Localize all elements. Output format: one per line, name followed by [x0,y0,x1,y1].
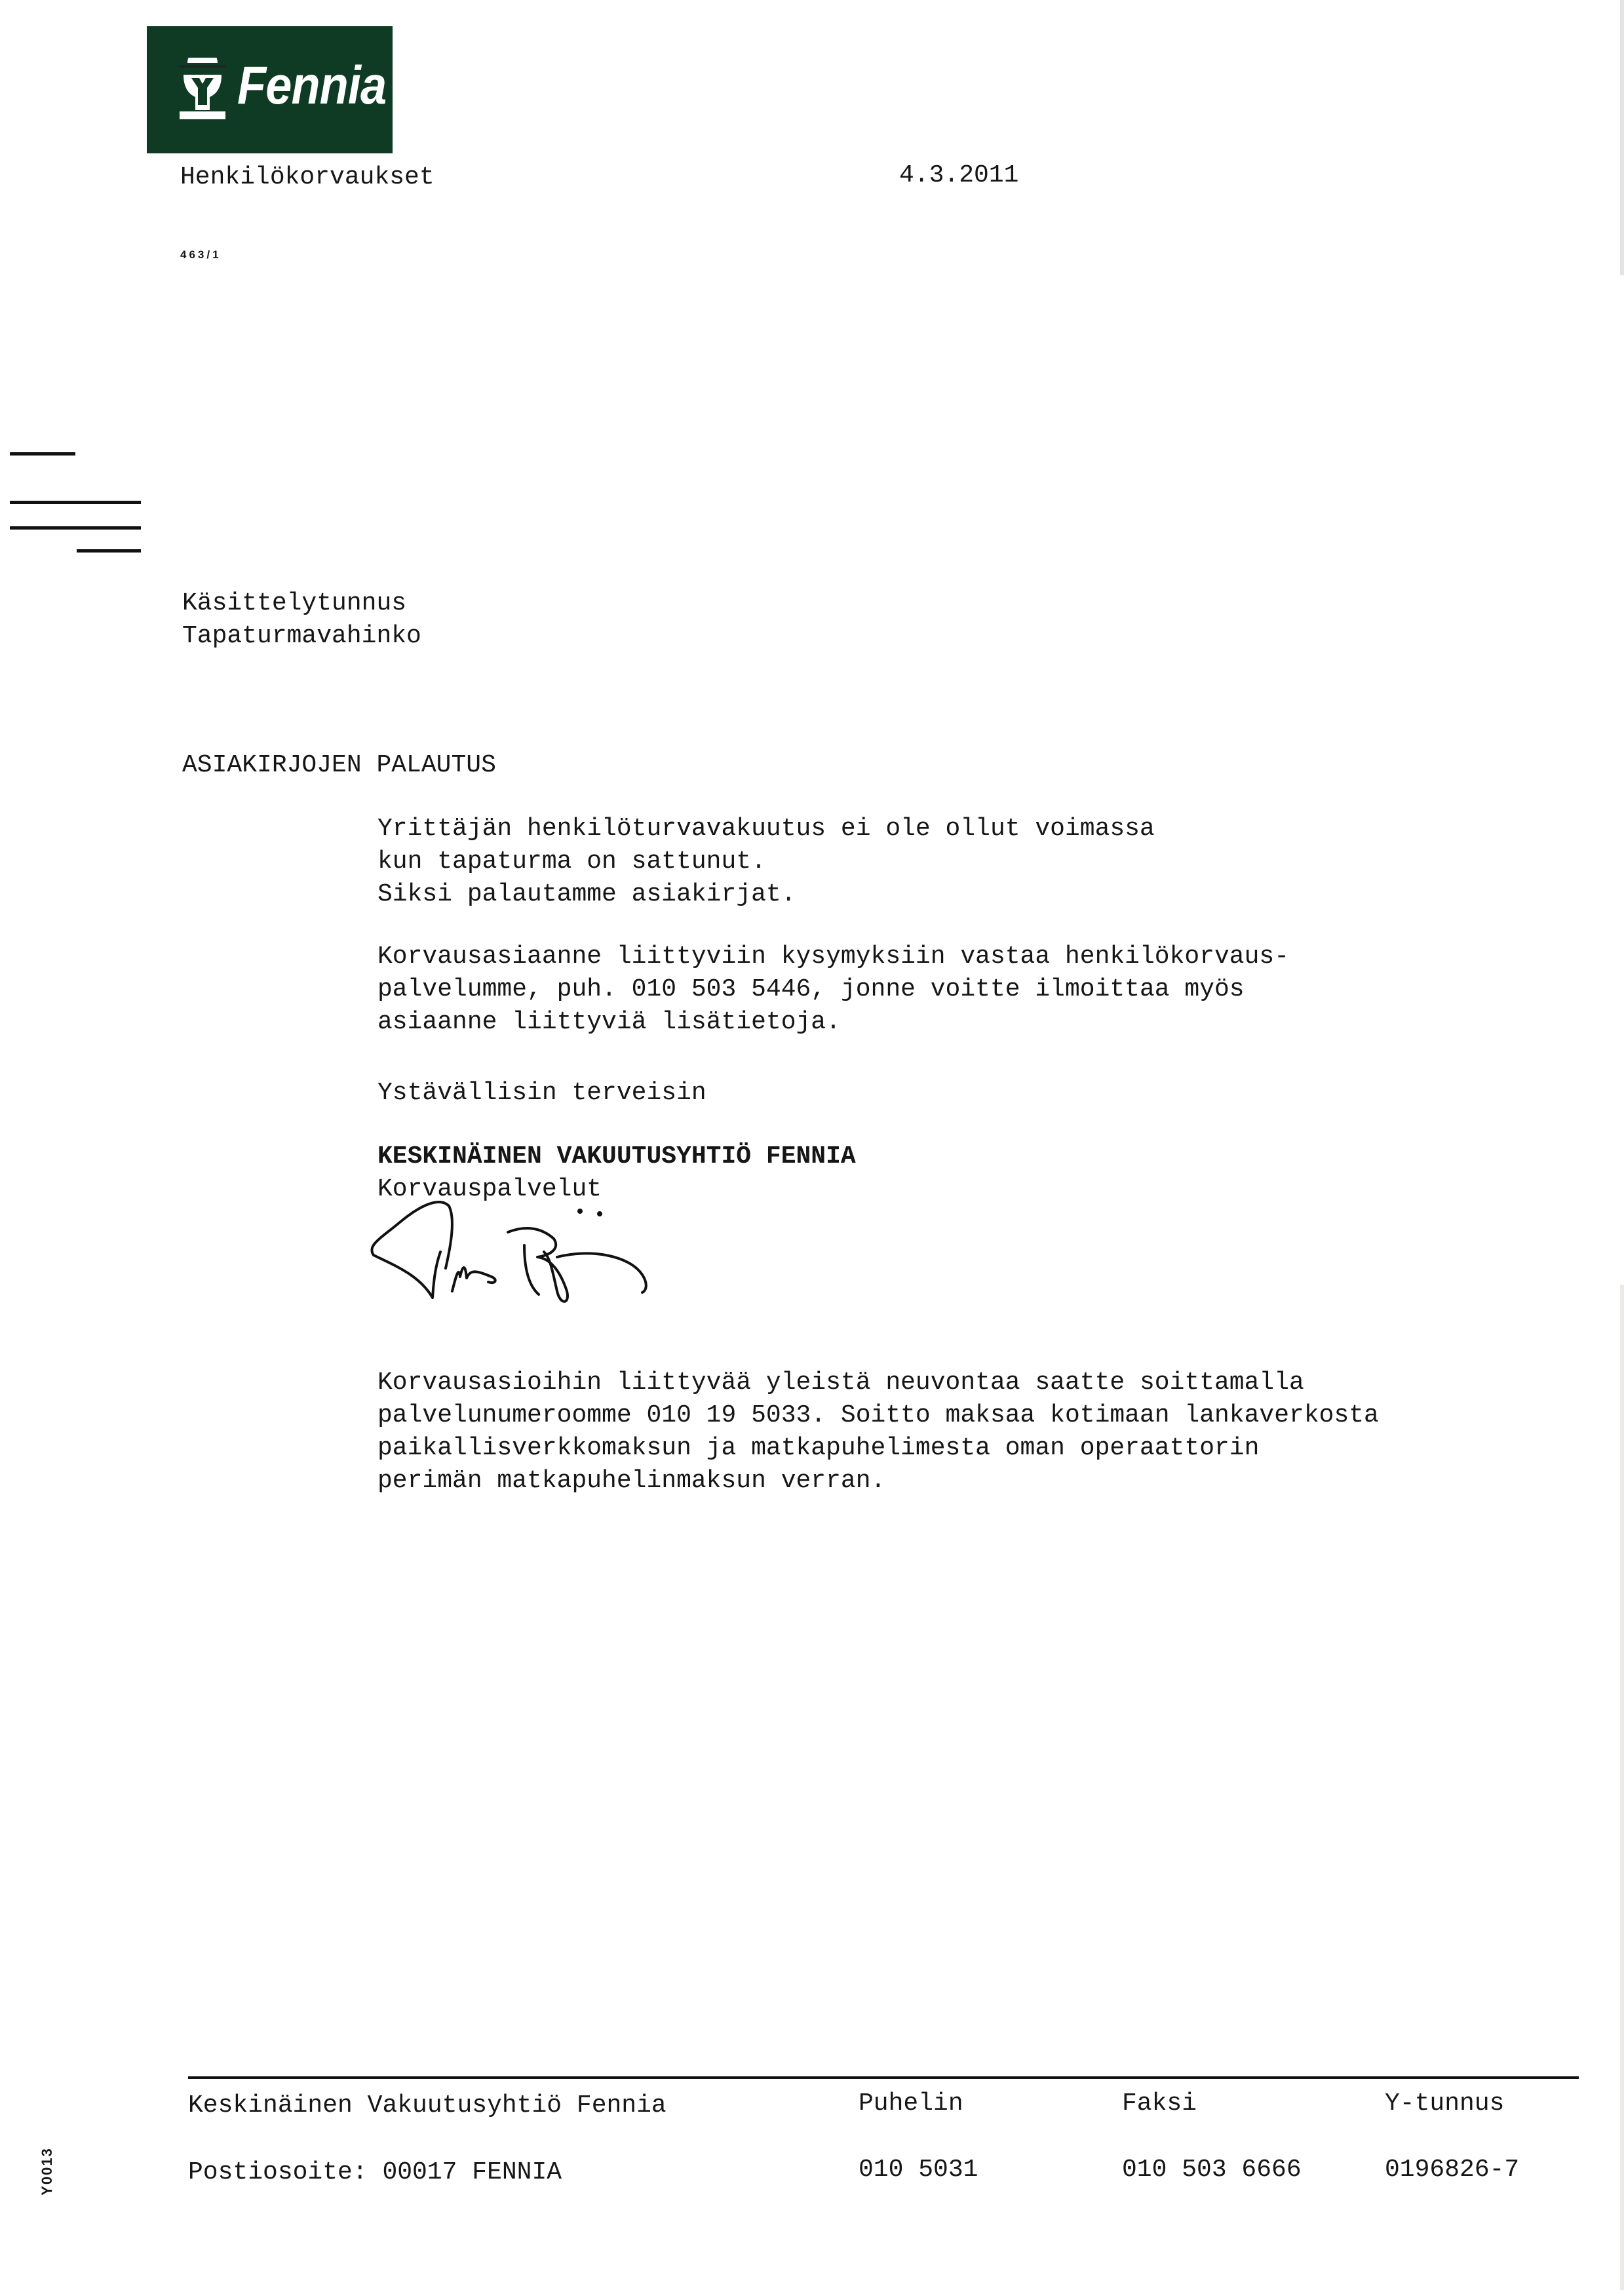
fennia-chalice-icon [180,58,225,123]
text-line: Siksi palautamme asiakirjat. [377,878,1155,911]
text-line: palvelumme, puh. 010 503 5446, jonne voi… [377,973,1289,1006]
text-line: Korvausasioihin liittyvää yleistä neuvon… [377,1367,1379,1399]
footer-company-name: Keskinäinen Vakuutusyhtiö Fennia [188,2089,667,2122]
text-line: asiaanne liittyviä lisätietoja. [377,1006,1289,1039]
reference-code: 463/1 [180,248,222,262]
text-line: perimän matkapuhelinmaksun verran. [377,1465,1379,1498]
fold-mark [10,452,75,456]
footer-postal-address: Postiosoite: 00017 FENNIA [188,2156,562,2189]
text-line: kun tapaturma on sattunut. [377,845,1155,878]
handwritten-signature [367,1193,800,1311]
fold-mark [10,526,141,530]
case-id-label: Käsittelytunnus [182,587,421,620]
scan-edge [1620,0,1624,275]
text-line: palvelunumeroomme 010 19 5033. Soitto ma… [377,1399,1379,1432]
brand-name: Fennia [237,59,386,113]
info-paragraph: Korvausasioihin liittyvää yleistä neuvon… [377,1367,1379,1498]
form-code: Y0013 [39,2145,56,2198]
signer-company: KESKINÄINEN VAKUUTUSYHTIÖ FENNIA [377,1140,856,1173]
scan-edge [1620,1285,1624,2290]
body-paragraph: Yrittäjän henkilöturvavakuutus ei ole ol… [377,813,1155,911]
department: Henkilökorvaukset [180,161,435,194]
case-type: Tapaturmavahinko [182,620,421,653]
text-line: Yrittäjän henkilöturvavakuutus ei ole ol… [377,813,1155,845]
footer-fax-value: 010 503 6666 [1122,2154,1302,2186]
text-line: paikallisverkkomaksun ja matkapuhelimest… [377,1432,1379,1465]
footer-divider [188,2076,1579,2079]
footer-business-id-label: Y-tunnus [1385,2087,1504,2120]
footer-fax-label: Faksi [1122,2087,1197,2120]
greeting: Ystävällisin terveisin [377,1077,706,1110]
body-paragraph: Korvausasiaanne liittyviin kysymyksiin v… [377,941,1289,1039]
footer-phone-value: 010 5031 [859,2154,978,2186]
letter-subject: ASIAKIRJOJEN PALAUTUS [182,749,496,782]
case-info: Käsittelytunnus Tapaturmavahinko [182,587,421,653]
footer-business-id-value: 0196826-7 [1385,2154,1519,2186]
letter-date: 4.3.2011 [899,159,1018,192]
fold-mark [77,549,141,553]
text-line: Korvausasiaanne liittyviin kysymyksiin v… [377,941,1289,973]
fennia-logo: Fennia [147,26,393,153]
footer-phone-label: Puhelin [859,2087,963,2120]
fold-mark [10,501,141,504]
